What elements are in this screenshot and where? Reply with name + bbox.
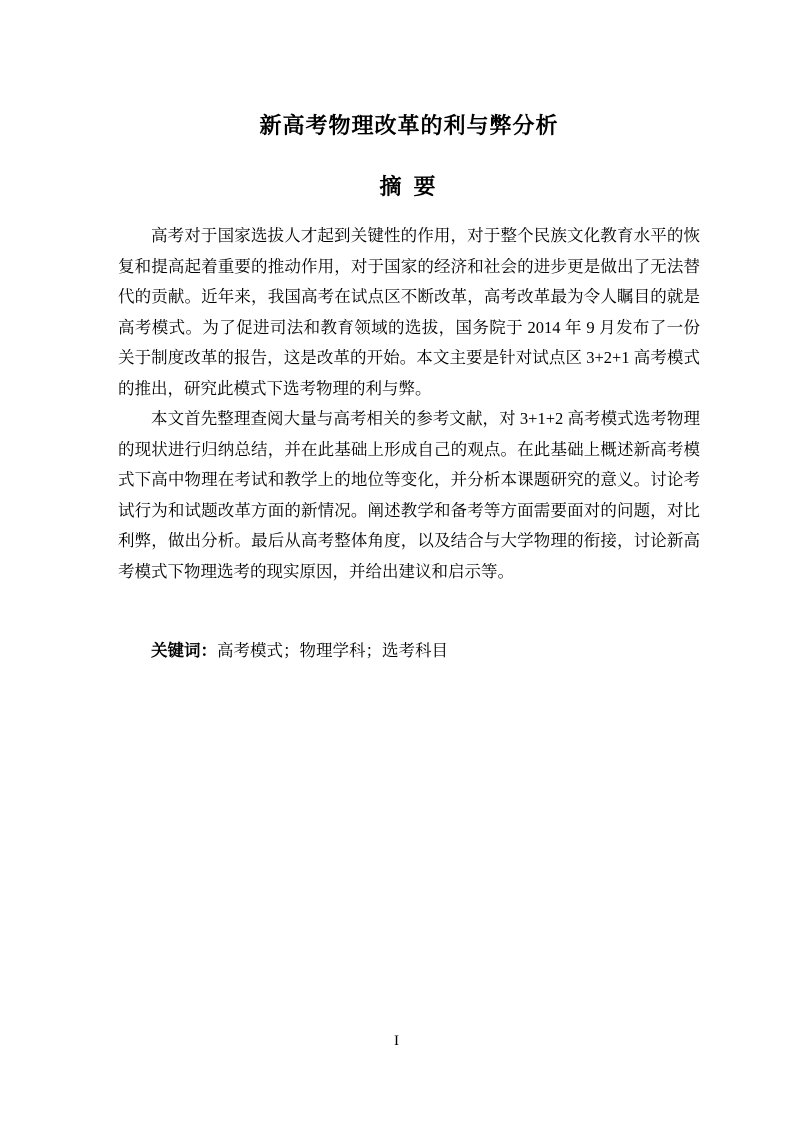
abstract-paragraph-2: 本文首先整理查阅大量与高考相关的参考文献，对 3+1+2 高考模式选考物理的现状… <box>118 404 700 587</box>
document-page: 新高考物理改革的利与弊分析 摘 要 高考对于国家选拔人才起到关键性的作用，对于整… <box>0 0 793 1122</box>
abstract-paragraph-1: 高考对于国家选拔人才起到关键性的作用，对于整个民族文化教育水平的恢复和提高起着重… <box>118 221 700 404</box>
keywords-line: 关键词：高考模式；物理学科；选考科目 <box>118 636 700 667</box>
page-content: 新高考物理改革的利与弊分析 摘 要 高考对于国家选拔人才起到关键性的作用，对于整… <box>0 0 793 667</box>
keywords-label: 关键词： <box>151 642 217 660</box>
keywords-text: 高考模式；物理学科；选考科目 <box>217 641 448 660</box>
page-number: I <box>0 1031 793 1051</box>
abstract-heading: 摘 要 <box>118 173 700 200</box>
document-title: 新高考物理改革的利与弊分析 <box>118 0 700 139</box>
